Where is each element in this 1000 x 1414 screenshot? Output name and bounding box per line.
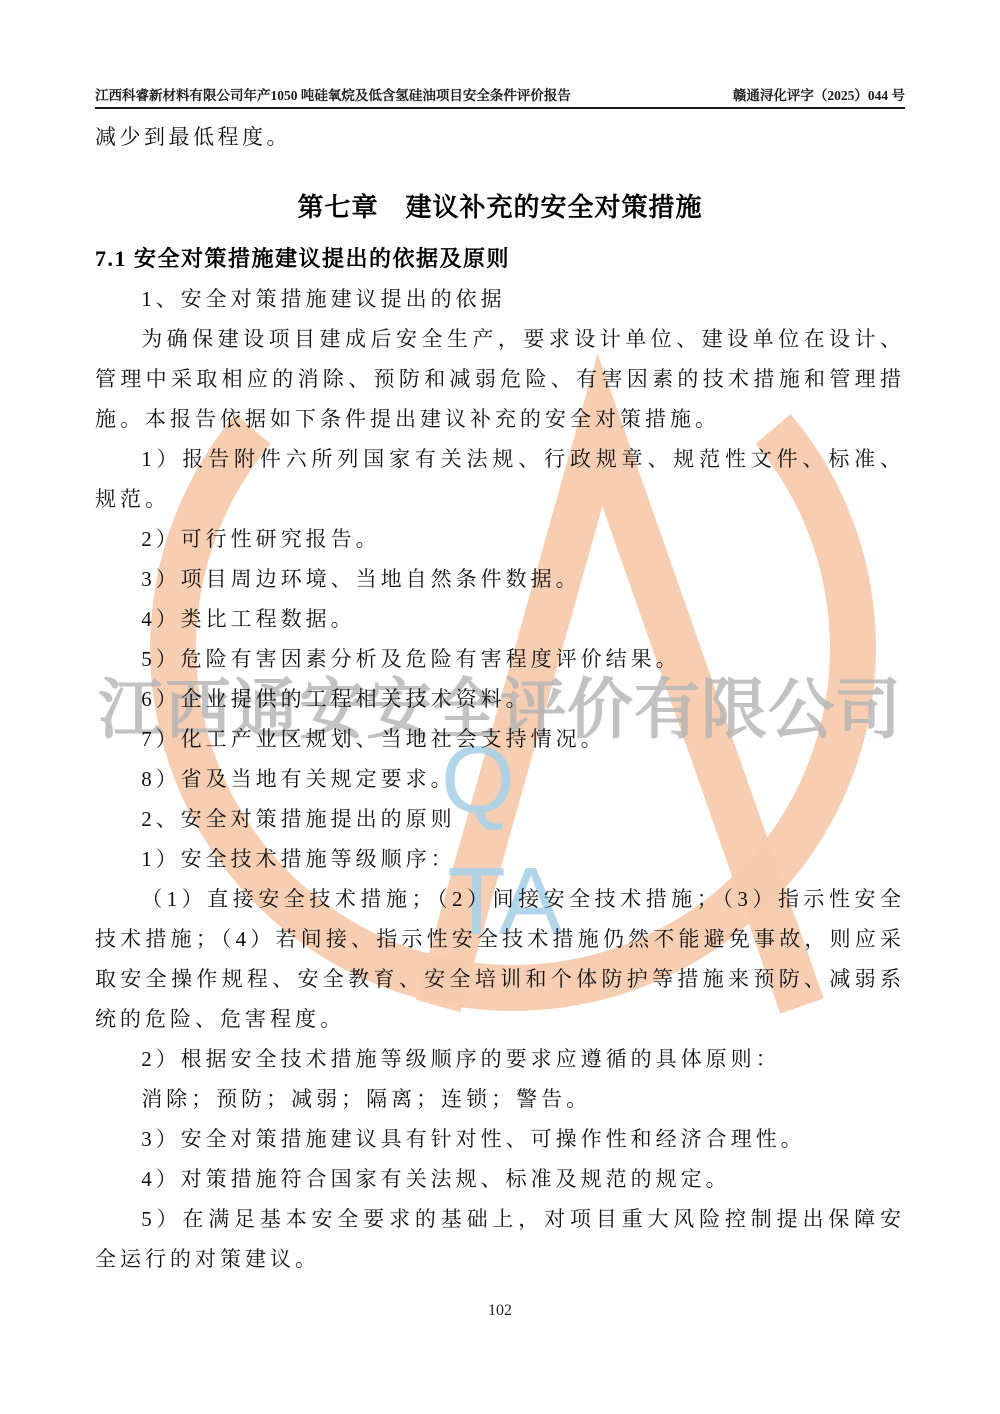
paragraph: 2）根据安全技术措施等级顺序的要求应遵循的具体原则： bbox=[95, 1039, 905, 1079]
paragraph: 5）危险有害因素分析及危险有害程度评价结果。 bbox=[95, 639, 905, 679]
paragraph: 7）化工产业区规划、当地社会支持情况。 bbox=[95, 719, 905, 759]
paragraph: 3）项目周边环境、当地自然条件数据。 bbox=[95, 559, 905, 599]
body-paragraphs: 1、安全对策措施建议提出的依据为确保建设项目建成后安全生产，要求设计单位、建设单… bbox=[95, 279, 905, 1279]
paragraph: 1）安全技术措施等级顺序： bbox=[95, 839, 905, 879]
page-content: 江西科睿新材料有限公司年产1050 吨硅氧烷及低含氢硅油项目安全条件评价报告 赣… bbox=[95, 84, 905, 1279]
paragraph: 8）省及当地有关规定要求。 bbox=[95, 759, 905, 799]
header-report-title: 江西科睿新材料有限公司年产1050 吨硅氧烷及低含氢硅油项目安全条件评价报告 bbox=[95, 84, 571, 104]
paragraph: 5）在满足基本安全要求的基础上，对项目重大风险控制提出保障安全运行的对策建议。 bbox=[95, 1199, 905, 1279]
paragraph: 2）可行性研究报告。 bbox=[95, 519, 905, 559]
paragraph: 3）安全对策措施建议具有针对性、可操作性和经济合理性。 bbox=[95, 1119, 905, 1159]
header-document-number: 赣通浔化评字（2025）044 号 bbox=[733, 84, 905, 104]
paragraph: 消除；预防；减弱；隔离；连锁；警告。 bbox=[95, 1079, 905, 1119]
carryover-sentence: 减少到最低程度。 bbox=[95, 117, 905, 157]
document-page: Q TA 江西通安安全评价有限公司 江西科睿新材料有限公司年产1050 吨硅氧烷… bbox=[0, 0, 1000, 1414]
page-header: 江西科睿新材料有限公司年产1050 吨硅氧烷及低含氢硅油项目安全条件评价报告 赣… bbox=[95, 84, 905, 109]
paragraph: 4）类比工程数据。 bbox=[95, 599, 905, 639]
chapter-title: 第七章 建议补充的安全对策措施 bbox=[95, 189, 905, 225]
paragraph: 1、安全对策措施建议提出的依据 bbox=[95, 279, 905, 319]
paragraph: 4）对策措施符合国家有关法规、标准及规范的规定。 bbox=[95, 1159, 905, 1199]
paragraph: （1）直接安全技术措施；（2）间接安全技术措施；（3）指示性安全技术措施；（4）… bbox=[95, 879, 905, 1039]
section-title: 7.1 安全对策措施建议提出的依据及原则 bbox=[95, 243, 905, 275]
paragraph: 为确保建设项目建成后安全生产，要求设计单位、建设单位在设计、管理中采取相应的消除… bbox=[95, 319, 905, 439]
paragraph: 1）报告附件六所列国家有关法规、行政规章、规范性文件、标准、规范。 bbox=[95, 439, 905, 519]
paragraph: 6）企业提供的工程相关技术资料。 bbox=[95, 679, 905, 719]
page-number: 102 bbox=[0, 1302, 1000, 1320]
paragraph: 2、安全对策措施提出的原则 bbox=[95, 799, 905, 839]
